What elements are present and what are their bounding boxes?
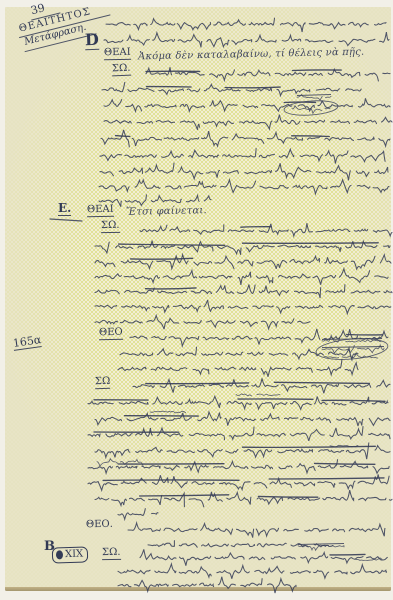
speaker-theo-2: ΘΕΟ. xyxy=(86,520,113,530)
speaker-theo-1: ΘΕΟ xyxy=(99,328,123,340)
handwritten-line xyxy=(130,329,388,346)
interline-insertion xyxy=(150,411,186,413)
handwritten-line xyxy=(100,149,385,164)
annotation-layer: 39 ΘΕΑΙΤΗΤΟΣ Μετάφραση. DΘΕΑΙΣΩ.Ε.ΘΕΑΙΣΩ… xyxy=(0,0,393,600)
strikethrough-mark xyxy=(146,383,249,384)
handwritten-line xyxy=(118,360,358,377)
ink-layer xyxy=(0,0,393,600)
chapter-numeral-box: ΧΙΧ xyxy=(52,546,89,563)
strikethrough-mark xyxy=(116,136,130,137)
strikethrough-mark xyxy=(292,70,341,71)
handwritten-line xyxy=(95,300,391,314)
strikethrough-mark xyxy=(225,87,280,88)
handwritten-line xyxy=(95,316,310,330)
theai-reply-so-it-seems: Ἔτσι φαίνεται. xyxy=(126,205,207,218)
handwritten-line xyxy=(118,509,158,520)
speaker-theai-2: ΘΕΑΙ xyxy=(87,205,114,217)
strikethrough-mark xyxy=(330,554,365,555)
speaker-so-2: ΣΩ. xyxy=(101,221,120,233)
handwritten-line xyxy=(128,523,385,538)
handwritten-line xyxy=(106,18,386,32)
strikethrough-mark xyxy=(258,496,317,497)
chapter-numeral: ΧΙΧ xyxy=(65,549,84,561)
strikethrough-mark xyxy=(269,478,384,479)
handwritten-line xyxy=(88,460,389,474)
strikethrough-mark xyxy=(322,400,385,401)
handwritten-line xyxy=(104,32,389,47)
handwritten-line xyxy=(95,490,392,507)
section-letter-E: Ε. xyxy=(58,202,71,216)
strikethrough-mark xyxy=(274,382,369,383)
interline-insertion xyxy=(292,106,330,114)
strikethrough-mark xyxy=(292,136,330,137)
handwritten-line xyxy=(118,577,296,593)
interline-insertion xyxy=(97,459,143,467)
handwritten-line xyxy=(100,163,388,180)
handwritten-line xyxy=(88,474,389,490)
speaker-so-4: ΣΩ. xyxy=(102,548,121,560)
handwritten-line xyxy=(102,82,361,95)
handwritten-line xyxy=(140,549,387,565)
interline-insertion xyxy=(236,394,280,396)
strikethrough-mark xyxy=(315,463,375,464)
handwritten-line xyxy=(95,412,390,426)
speaker-so-1: ΣΩ. xyxy=(112,64,131,77)
handwritten-line xyxy=(104,98,390,111)
interline-insertion xyxy=(356,558,382,561)
margin-dash-mark xyxy=(50,219,82,221)
strikethrough-mark xyxy=(241,227,271,228)
strikethrough-mark xyxy=(131,258,193,259)
handwritten-line xyxy=(104,115,392,130)
handwritten-line xyxy=(140,223,392,236)
handwritten-line xyxy=(95,269,388,285)
handwritten-line xyxy=(146,67,390,81)
strikethrough-mark xyxy=(298,544,344,545)
handwritten-line xyxy=(99,180,389,194)
section-letter-D: D xyxy=(85,32,99,50)
handwritten-line xyxy=(88,427,390,441)
strikethrough-mark xyxy=(322,347,384,348)
strikethrough-mark xyxy=(119,244,225,245)
scribble-blot xyxy=(56,550,63,559)
handwritten-line xyxy=(101,130,390,147)
handwritten-line xyxy=(95,255,391,270)
handwritten-line xyxy=(133,378,390,393)
strikethrough-mark xyxy=(297,95,331,96)
speaker-theai-1: ΘΕΑΙ xyxy=(104,48,131,60)
interline-insertion xyxy=(298,545,344,550)
strikethrough-mark xyxy=(146,288,197,289)
handwritten-line xyxy=(88,396,388,409)
speaker-so-3: ΣΩ xyxy=(95,377,111,390)
handwritten-line xyxy=(118,564,387,579)
strikethrough-mark xyxy=(243,243,379,244)
handwritten-line xyxy=(95,285,392,299)
